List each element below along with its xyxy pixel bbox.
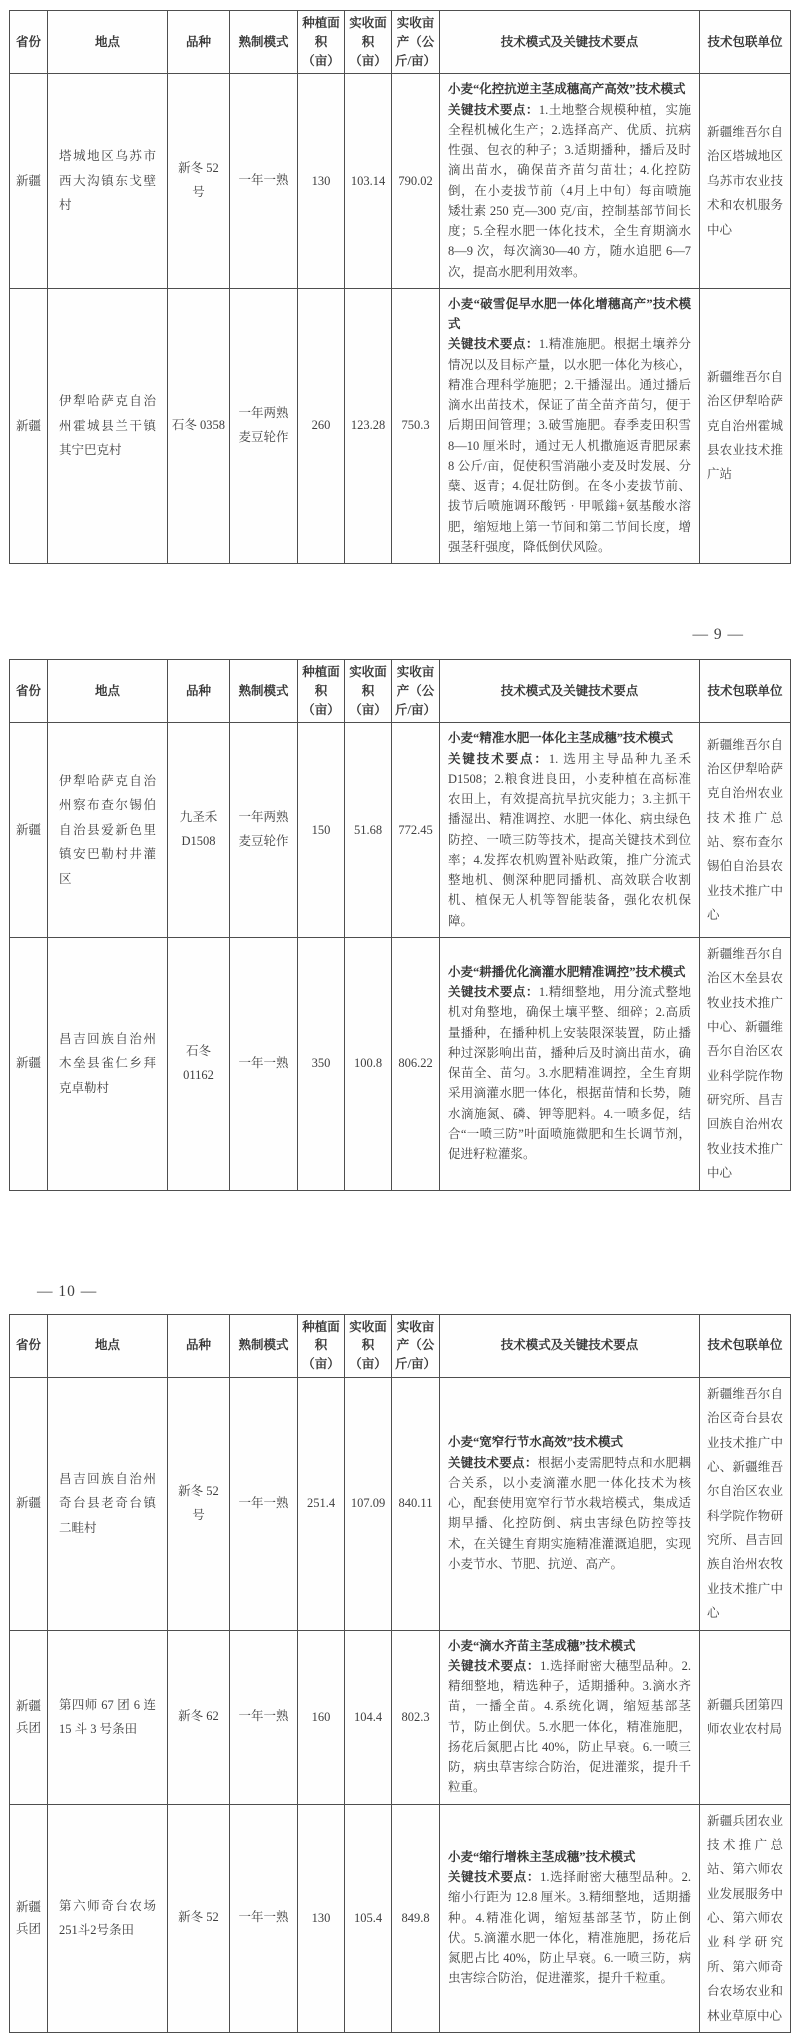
tech-points-label: 关键技术要点： (448, 985, 539, 999)
tech-points-text: 根据小麦需肥特点和水肥耦合关系，以小麦滴灌水肥一体化技术为核心，配套使用宽窄行节… (448, 1456, 691, 1571)
tech-points-paragraph: 关键技术要点：1.精准施肥。根据土壤养分情况以及目标产量，以水肥一体化为核心，精… (448, 334, 691, 557)
column-header-variety: 品种 (168, 660, 230, 723)
cell-area-planted: 150 (298, 723, 345, 938)
cell-tech-mode-and-points: 小麦“滴水齐苗主茎成穗”技术模式关键技术要点：1.选择耐密大穗型品种。2.精细整… (440, 1630, 700, 1804)
table-section-3: 省份地点品种熟制模式种植面积（亩）实收面积（亩）实收亩产（公斤/亩）技术模式及关… (9, 1314, 791, 2033)
tech-mode-title: 小麦“缩行增株主茎成穗”技术模式 (448, 1847, 691, 1867)
table-row: 新疆兵团第四师 67 团 6 连 15 斗 3 号条田新冬 62一年一熟1601… (10, 1630, 791, 1804)
table-row: 新疆伊犁哈萨克自治州察布查尔锡伯自治县爱新色里镇安巴勒村井灌区九圣禾 D1508… (10, 723, 791, 938)
tech-points-paragraph: 关键技术要点：根据小麦需肥特点和水肥耦合关系，以小麦滴灌水肥一体化技术为核心，配… (448, 1453, 691, 1575)
cell-area-harvested: 100.8 (345, 937, 392, 1190)
column-header-yield: 实收亩产（公斤/亩） (392, 1314, 440, 1377)
table-row: 新疆昌吉回族自治州木垒县雀仁乡拜克卓勒村石冬 01162一年一熟350100.8… (10, 937, 791, 1190)
tech-points-label: 关键技术要点： (448, 1870, 540, 1884)
cell-tech-mode-and-points: 小麦“精准水肥一体化主茎成穗”技术模式关键技术要点：1. 选用主导品种九圣禾 D… (440, 723, 700, 938)
column-header-mode: 熟制模式 (230, 11, 298, 74)
column-header-support-unit: 技术包联单位 (700, 660, 791, 723)
cell-location: 昌吉回族自治州奇台县老奇台镇二畦村 (48, 1377, 168, 1630)
cell-mode: 一年一熟 (230, 1630, 298, 1804)
cell-support-unit: 新疆兵团第四师农业农村局 (700, 1630, 791, 1804)
cell-area-harvested: 123.28 (345, 288, 392, 563)
cell-area-harvested: 104.4 (345, 1630, 392, 1804)
column-header-mode: 熟制模式 (230, 660, 298, 723)
cell-support-unit: 新疆维吾尔自治区塔城地区乌苏市农业技术和农机服务中心 (700, 74, 791, 289)
column-header-planted-area: 种植面积（亩） (298, 11, 345, 74)
cell-location: 昌吉回族自治州木垒县雀仁乡拜克卓勒村 (48, 937, 168, 1190)
table-row: 新疆昌吉回族自治州奇台县老奇台镇二畦村新冬 52 号一年一熟251.4107.0… (10, 1377, 791, 1630)
column-header-support-unit: 技术包联单位 (700, 11, 791, 74)
tech-points-paragraph: 关键技术要点：1. 选用主导品种九圣禾 D1508；2.粮食进良田，小麦种植在高… (448, 749, 691, 931)
cell-province: 新疆 (10, 937, 48, 1190)
cell-location: 第四师 67 团 6 连 15 斗 3 号条田 (48, 1630, 168, 1804)
tech-mode-title: 小麦“破雪促早水肥一体化增穗高产”技术模式 (448, 294, 691, 335)
cell-yield-per-mu: 806.22 (392, 937, 440, 1190)
table-row: 新疆塔城地区乌苏市西大沟镇东戈壁村新冬 52 号一年一熟130103.14790… (10, 74, 791, 289)
tech-mode-title: 小麦“宽窄行节水高效”技术模式 (448, 1432, 691, 1452)
cell-area-planted: 350 (298, 937, 345, 1190)
tech-points-text: 1.精准施肥。根据土壤养分情况以及目标产量，以水肥一体化为核心，精准合理科学施肥… (448, 337, 691, 554)
cell-area-harvested: 107.09 (345, 1377, 392, 1630)
column-header-yield: 实收亩产（公斤/亩） (392, 11, 440, 74)
page-number-10: — 10 — (9, 1283, 791, 1301)
tech-points-label: 关键技术要点： (448, 1456, 538, 1470)
cell-mode: 一年一熟 (230, 937, 298, 1190)
tech-points-text: 1.精细整地，用分流式整地机对角整地，确保土壤平整、细碎；2.高质量播种，在播种… (448, 985, 691, 1161)
tech-points-label: 关键技术要点： (448, 1659, 540, 1673)
cell-province: 新疆 (10, 1377, 48, 1630)
column-header-mode: 熟制模式 (230, 1314, 298, 1377)
cell-variety: 新冬 52 号 (168, 1377, 230, 1630)
page-number-9: — 9 — (9, 626, 791, 644)
cell-support-unit: 新疆兵团农业技术推广总站、第六师农业发展服务中心、第六师农业科学研究所、第六师奇… (700, 1804, 791, 2032)
cell-tech-mode-and-points: 小麦“耕播优化滴灌水肥精准调控”技术模式关键技术要点：1.精细整地，用分流式整地… (440, 937, 700, 1190)
cell-variety: 新冬 52 号 (168, 74, 230, 289)
document-page: 省份地点品种熟制模式种植面积（亩）实收面积（亩）实收亩产（公斤/亩）技术模式及关… (0, 0, 800, 2033)
cell-tech-mode-and-points: 小麦“化控抗逆主茎成穗高产高效”技术模式关键技术要点：1.土地整合规模种植，实施… (440, 74, 700, 289)
cell-location: 伊犁哈萨克自治州霍城县兰干镇其宁巴克村 (48, 288, 168, 563)
cell-yield-per-mu: 750.3 (392, 288, 440, 563)
wheat-tech-table-page9-bottom: 省份地点品种熟制模式种植面积（亩）实收面积（亩）实收亩产（公斤/亩）技术模式及关… (9, 659, 791, 1191)
cell-area-harvested: 51.68 (345, 723, 392, 938)
cell-support-unit: 新疆维吾尔自治区木垒县农牧业技术推广中心、新疆维吾尔自治区农业科学院作物研究所、… (700, 937, 791, 1190)
cell-area-planted: 251.4 (298, 1377, 345, 1630)
column-header-variety: 品种 (168, 1314, 230, 1377)
cell-variety: 石冬 01162 (168, 937, 230, 1190)
tech-mode-title: 小麦“精准水肥一体化主茎成穗”技术模式 (448, 728, 691, 748)
cell-mode: 一年两熟 麦豆轮作 (230, 288, 298, 563)
column-header-tech-points: 技术模式及关键技术要点 (440, 1314, 700, 1377)
tech-points-label: 关键技术要点： (448, 752, 549, 766)
cell-area-harvested: 103.14 (345, 74, 392, 289)
column-header-location: 地点 (48, 11, 168, 74)
header-row: 省份地点品种熟制模式种植面积（亩）实收面积（亩）实收亩产（公斤/亩）技术模式及关… (10, 660, 791, 723)
header-row: 省份地点品种熟制模式种植面积（亩）实收面积（亩）实收亩产（公斤/亩）技术模式及关… (10, 1314, 791, 1377)
cell-area-harvested: 105.4 (345, 1804, 392, 2032)
cell-variety: 石冬 0358 (168, 288, 230, 563)
cell-tech-mode-and-points: 小麦“缩行增株主茎成穗”技术模式关键技术要点：1.选择耐密大穗型品种。2.缩小行… (440, 1804, 700, 2032)
cell-area-planted: 160 (298, 1630, 345, 1804)
cell-variety: 新冬 62 (168, 1630, 230, 1804)
table-section-1: 省份地点品种熟制模式种植面积（亩）实收面积（亩）实收亩产（公斤/亩）技术模式及关… (9, 10, 791, 564)
cell-variety: 新冬 52 (168, 1804, 230, 2032)
tech-points-text: 1.土地整合规模种植，实施全程机械化生产；2.选择高产、优质、抗病性强、包衣的种… (448, 103, 691, 279)
cell-support-unit: 新疆维吾尔自治区伊犁哈萨克自治州农业技术推广总站、察布查尔锡伯自治县农业技术推广… (700, 723, 791, 938)
column-header-harvested-area: 实收面积（亩） (345, 1314, 392, 1377)
tech-mode-title: 小麦“化控抗逆主茎成穗高产高效”技术模式 (448, 79, 691, 99)
cell-mode: 一年两熟 麦豆轮作 (230, 723, 298, 938)
tech-points-paragraph: 关键技术要点：1.选择耐密大穗型品种。2.缩小行距为 12.8 厘米。3.精细整… (448, 1867, 691, 1989)
cell-area-planted: 130 (298, 1804, 345, 2032)
tech-points-text: 1.选择耐密大穗型品种。2.缩小行距为 12.8 厘米。3.精细整地，适期播种。… (448, 1870, 691, 1985)
column-header-location: 地点 (48, 660, 168, 723)
tech-points-text: 1.选择耐密大穗型品种。2.精细整地，精选种子，适期播种。3.滴水齐苗，一播全苗… (448, 1659, 691, 1795)
column-header-support-unit: 技术包联单位 (700, 1314, 791, 1377)
cell-province: 新疆兵团 (10, 1804, 48, 2032)
column-header-tech-points: 技术模式及关键技术要点 (440, 11, 700, 74)
column-header-province: 省份 (10, 660, 48, 723)
column-header-variety: 品种 (168, 11, 230, 74)
cell-mode: 一年一熟 (230, 74, 298, 289)
cell-mode: 一年一熟 (230, 1377, 298, 1630)
column-header-planted-area: 种植面积（亩） (298, 1314, 345, 1377)
column-header-harvested-area: 实收面积（亩） (345, 11, 392, 74)
wheat-tech-table-page9-top: 省份地点品种熟制模式种植面积（亩）实收面积（亩）实收亩产（公斤/亩）技术模式及关… (9, 10, 791, 564)
tech-mode-title: 小麦“滴水齐苗主茎成穗”技术模式 (448, 1636, 691, 1656)
wheat-tech-table-page10: 省份地点品种熟制模式种植面积（亩）实收面积（亩）实收亩产（公斤/亩）技术模式及关… (9, 1314, 791, 2033)
tech-points-label: 关键技术要点： (448, 103, 539, 117)
column-header-location: 地点 (48, 1314, 168, 1377)
cell-yield-per-mu: 802.3 (392, 1630, 440, 1804)
tech-points-paragraph: 关键技术要点：1.选择耐密大穗型品种。2.精细整地，精选种子，适期播种。3.滴水… (448, 1656, 691, 1798)
column-header-tech-points: 技术模式及关键技术要点 (440, 660, 700, 723)
tech-points-paragraph: 关键技术要点：1.土地整合规模种植，实施全程机械化生产；2.选择高产、优质、抗病… (448, 100, 691, 282)
cell-support-unit: 新疆维吾尔自治区伊犁哈萨克自治州霍城县农业技术推广站 (700, 288, 791, 563)
header-row: 省份地点品种熟制模式种植面积（亩）实收面积（亩）实收亩产（公斤/亩）技术模式及关… (10, 11, 791, 74)
tech-points-label: 关键技术要点： (448, 337, 539, 351)
cell-yield-per-mu: 790.02 (392, 74, 440, 289)
table-row: 新疆兵团第六师奇台农场251斗2号条田新冬 52一年一熟130105.4849.… (10, 1804, 791, 2032)
cell-province: 新疆兵团 (10, 1630, 48, 1804)
cell-yield-per-mu: 849.8 (392, 1804, 440, 2032)
cell-province: 新疆 (10, 74, 48, 289)
table-row: 新疆伊犁哈萨克自治州霍城县兰干镇其宁巴克村石冬 0358一年两熟 麦豆轮作260… (10, 288, 791, 563)
cell-variety: 九圣禾 D1508 (168, 723, 230, 938)
column-header-planted-area: 种植面积（亩） (298, 660, 345, 723)
cell-location: 伊犁哈萨克自治州察布查尔锡伯自治县爱新色里镇安巴勒村井灌区 (48, 723, 168, 938)
table-section-2: 省份地点品种熟制模式种植面积（亩）实收面积（亩）实收亩产（公斤/亩）技术模式及关… (9, 659, 791, 1191)
cell-location: 第六师奇台农场251斗2号条田 (48, 1804, 168, 2032)
tech-mode-title: 小麦“耕播优化滴灌水肥精准调控”技术模式 (448, 962, 691, 982)
cell-area-planted: 260 (298, 288, 345, 563)
cell-mode: 一年一熟 (230, 1804, 298, 2032)
column-header-yield: 实收亩产（公斤/亩） (392, 660, 440, 723)
column-header-harvested-area: 实收面积（亩） (345, 660, 392, 723)
column-header-province: 省份 (10, 11, 48, 74)
cell-province: 新疆 (10, 288, 48, 563)
cell-area-planted: 130 (298, 74, 345, 289)
cell-province: 新疆 (10, 723, 48, 938)
cell-support-unit: 新疆维吾尔自治区奇台县农业技术推广中心、新疆维吾尔自治区农业科学院作物研究所、昌… (700, 1377, 791, 1630)
column-header-province: 省份 (10, 1314, 48, 1377)
tech-points-text: 1. 选用主导品种九圣禾 D1508；2.粮食进良田，小麦种植在高标准农田上，有… (448, 752, 691, 928)
cell-yield-per-mu: 772.45 (392, 723, 440, 938)
cell-location: 塔城地区乌苏市西大沟镇东戈壁村 (48, 74, 168, 289)
tech-points-paragraph: 关键技术要点：1.精细整地，用分流式整地机对角整地，确保土壤平整、细碎；2.高质… (448, 982, 691, 1164)
cell-tech-mode-and-points: 小麦“宽窄行节水高效”技术模式关键技术要点：根据小麦需肥特点和水肥耦合关系，以小… (440, 1377, 700, 1630)
cell-tech-mode-and-points: 小麦“破雪促早水肥一体化增穗高产”技术模式关键技术要点：1.精准施肥。根据土壤养… (440, 288, 700, 563)
cell-yield-per-mu: 840.11 (392, 1377, 440, 1630)
